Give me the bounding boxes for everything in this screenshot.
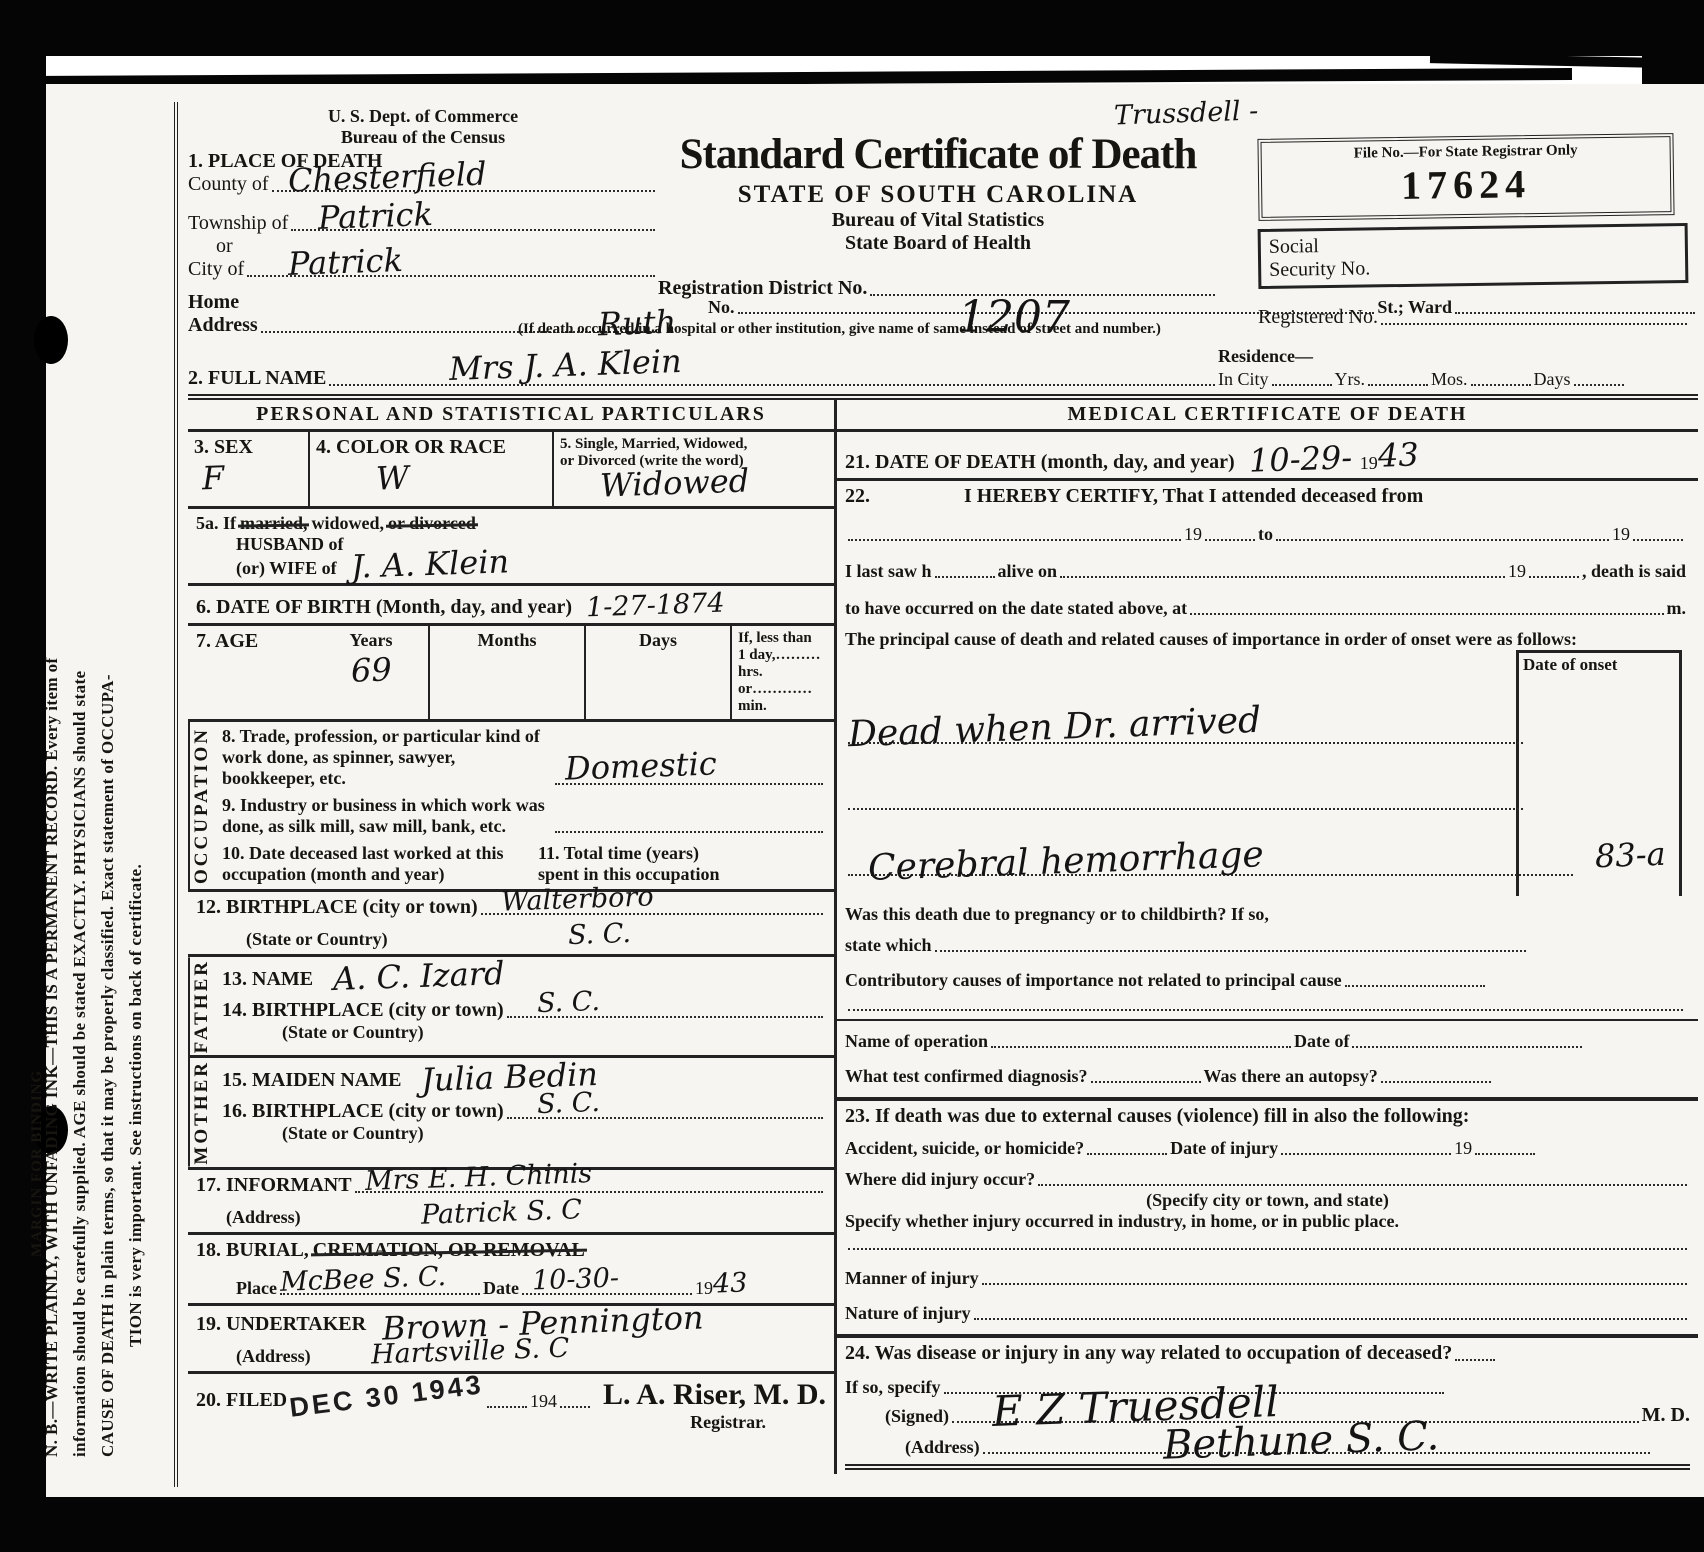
vital-stats-line: Bureau of Vital Statistics [658, 209, 1218, 232]
spouse-widowed-label: widowed, [311, 513, 384, 533]
onset-note-value: 83-a [1595, 835, 1667, 875]
ss-label-2: Security No. [1269, 253, 1677, 282]
burial-date-label: Date [483, 1278, 519, 1299]
township-value: Patrick [317, 195, 433, 237]
birthplace-state-value: S. C. [567, 918, 631, 951]
full-name-value: Mrs J. A. Klein [449, 342, 683, 388]
nineteen-label2: 19 [1612, 524, 1630, 545]
registration-district-label: Registration District No. [658, 277, 867, 300]
margin-note-line4: TION is very important. See instructions… [126, 864, 146, 1347]
mother-bp-label: 16. BIRTHPLACE (city or town) [222, 1100, 504, 1123]
medical-section-title: MEDICAL CERTIFICATE OF DEATH [837, 400, 1698, 432]
or-label: or [216, 235, 658, 258]
birthplace-sub-label: (State or Country) [246, 929, 388, 950]
sex-value: F [201, 459, 225, 498]
township-label: Township of [188, 212, 288, 235]
spouse-if-label: 5a. If [196, 513, 236, 533]
if-so-label: If so, specify [845, 1377, 941, 1398]
spouse-husband-label: HUSBAND of [236, 534, 826, 555]
father-name-label: 13. NAME [222, 968, 313, 991]
personal-section: PERSONAL AND STATISTICAL PARTICULARS 3. … [188, 400, 837, 1474]
days-label: Days [1534, 369, 1571, 390]
signed-label: (Signed) [885, 1406, 949, 1427]
board-line: State Board of Health [658, 232, 1218, 255]
undertaker-address-label: (Address) [236, 1346, 311, 1367]
certificate-page: MARGIN FOR BINDING N. B.—WRITE PLAINLY, … [46, 84, 1704, 1497]
father-bp-label: 14. BIRTHPLACE (city or town) [222, 999, 504, 1022]
color-race-value: W [375, 458, 409, 497]
cause-line2-value: Cerebral hemorrhage [867, 834, 1264, 889]
burial-place-value: McBee S. C. [279, 1261, 446, 1298]
margin-note-line2: information should be carefully supplied… [70, 671, 90, 1458]
death-said-label: , death is said [1582, 561, 1686, 582]
occ11-label: 11. Total time (years) spent in this occ… [538, 843, 738, 885]
spouse-married-label: married, [240, 513, 307, 533]
mother-name-label: 15. MAIDEN NAME [222, 1069, 401, 1092]
manner-label: Manner of injury [845, 1268, 979, 1289]
age-days-label: Days [588, 630, 728, 651]
m-label: m. [1667, 598, 1687, 619]
birthplace-value: Walterboro [500, 881, 654, 917]
mother-bp-sub-label: (State or Country) [282, 1123, 826, 1144]
scan-bottom-band [0, 1497, 1704, 1552]
occurred-label: to have occurred on the date stated abov… [845, 598, 1187, 619]
certify-text: I HEREBY CERTIFY, That I attended deceas… [964, 485, 1423, 507]
date-of-label: Date of [1294, 1031, 1349, 1052]
state-which-label: state which [845, 935, 932, 956]
filed-year-prefix: 194 [530, 1391, 557, 1412]
burial-year-value: 43 [712, 1267, 747, 1299]
informant-value: Mrs E. H. Chinis [364, 1158, 592, 1197]
age-less-line3: or…………min. [738, 681, 828, 715]
autopsy-label: Was there an autopsy? [1204, 1066, 1378, 1087]
father-bp-sub-label: (State or Country) [282, 1022, 826, 1043]
file-no-value: 17624 [1270, 158, 1663, 210]
related-occupation-label: 24. Was disease or injury in any way rel… [845, 1342, 1452, 1365]
occ9-label: 9. Industry or business in which work wa… [222, 795, 552, 837]
margin-note-line1: N. B.—WRITE PLAINLY, WITH UNFADING INK—T… [42, 657, 62, 1457]
full-name-label: 2. FULL NAME [188, 367, 326, 390]
specify-whether-label: Specify whether injury occurred in indus… [845, 1211, 1690, 1232]
certificate-form: U. S. Dept. of Commerce Bureau of the Ce… [174, 102, 1698, 1487]
county-label: County of [188, 173, 269, 196]
to-label: to [1258, 524, 1273, 545]
contributory-label: Contributory causes of importance not re… [845, 970, 1342, 991]
dod-year-value: 43 [1377, 435, 1419, 474]
age-years-label: Years [316, 630, 426, 651]
city-value: Patrick [287, 241, 403, 283]
registrar-label: Registrar. [196, 1412, 766, 1433]
test-label: What test confirmed diagnosis? [845, 1066, 1088, 1087]
informant-address-label: (Address) [226, 1207, 301, 1228]
alive-on-label: alive on [998, 561, 1058, 582]
physician-address-label: (Address) [905, 1437, 980, 1458]
nineteen-label3: 19 [1508, 561, 1526, 582]
dob-label: 6. DATE OF BIRTH (Month, day, and year) [196, 596, 572, 619]
where-injury-label: Where did injury occur? [845, 1169, 1035, 1190]
yrs-label: Yrs. [1335, 369, 1366, 390]
spouse-value: J. A. Klein [350, 542, 509, 585]
spouse-divorced-label: or divorced [388, 513, 476, 533]
residence-label: Residence— [1218, 346, 1313, 366]
date-injury-label: Date of injury [1170, 1138, 1278, 1159]
burial-label: 18. BURIAL, [196, 1239, 309, 1261]
spouse-wife-label: (or) WIFE of [236, 558, 337, 579]
nature-label: Nature of injury [845, 1303, 971, 1324]
bureau-line: Bureau of the Census [188, 127, 658, 148]
informant-address-value: Patrick S. C [420, 1194, 582, 1231]
home-address-label: Home [188, 291, 658, 314]
dod-value: 10-29- [1248, 438, 1352, 480]
age-months-label: Months [432, 630, 582, 651]
marital-label-1: 5. Single, Married, Widowed, [560, 436, 828, 453]
color-race-label: 4. COLOR OR RACE [316, 436, 546, 459]
age-less-line1: If, less than [738, 630, 828, 647]
dod-label: 21. DATE OF DEATH (month, day, and year) [845, 451, 1235, 474]
father-side-label: FATHER [188, 957, 214, 1055]
personal-section-title: PERSONAL AND STATISTICAL PARTICULARS [188, 400, 834, 432]
margin-note-line3: CAUSE OF DEATH in plain terms, so that i… [98, 674, 118, 1457]
dept-line: U. S. Dept. of Commerce [188, 106, 658, 127]
pregnancy-label: Was this death due to pregnancy or to ch… [845, 904, 1686, 925]
mother-side-label: MOTHER [188, 1058, 214, 1167]
marital-value: Widowed [599, 461, 749, 504]
certificate-title: Standard Certificate of Death [658, 132, 1218, 177]
mother-bp-value: S. C. [536, 1087, 600, 1120]
occ8-label: 8. Trade, profession, or particular kind… [222, 726, 552, 789]
age-years-value: 69 [350, 650, 392, 689]
physician-address-value: Bethune S. C. [1162, 1413, 1440, 1469]
father-name-value: A. C. Izard [332, 954, 505, 998]
undertaker-address-value: Hartsville S. C [370, 1332, 569, 1370]
state-line: STATE OF SOUTH CAROLINA [658, 181, 1218, 209]
burial-year-prefix: 19 [695, 1278, 713, 1299]
sex-label: 3. SEX [194, 436, 302, 459]
scan-left-band [0, 0, 46, 1552]
informant-label: 17. INFORMANT [196, 1174, 352, 1197]
last-saw-label: I last saw h [845, 561, 932, 582]
operation-label: Name of operation [845, 1031, 988, 1052]
city-label: City of [188, 258, 244, 281]
undertaker-label: 19. UNDERTAKER [196, 1313, 366, 1336]
external-causes-label: 23. If death was due to external causes … [845, 1105, 1690, 1128]
nineteen-label4: 19 [1454, 1138, 1472, 1159]
age-less-line2: 1 day,………hrs. [738, 647, 828, 681]
scan-top-band [0, 0, 1704, 56]
date-of-onset-label: Date of onset [1523, 655, 1617, 674]
filed-label: 20. FILED [196, 1389, 287, 1412]
punch-hole-icon [34, 316, 68, 364]
occ8-value: Domestic [564, 744, 717, 787]
mos-label: Mos. [1431, 369, 1468, 390]
county-value: Chesterfield [287, 155, 487, 200]
burial-place-label: Place [236, 1278, 277, 1299]
occ10-label: 10. Date deceased last worked at this oc… [222, 843, 522, 885]
medical-section: MEDICAL CERTIFICATE OF DEATH 21. DATE OF… [837, 400, 1698, 1474]
certify-no: 22. [845, 485, 870, 507]
nineteen-label: 19 [1184, 524, 1202, 545]
registrar-name: L. A. Riser, M. D. [603, 1378, 826, 1412]
specify-city-label: (Specify city or town, and state) [845, 1190, 1690, 1211]
dob-value: 1-27-1874 [586, 588, 725, 624]
accident-label: Accident, suicide, or homicide? [845, 1138, 1084, 1159]
burial-date-value: 10-30- [531, 1262, 619, 1296]
md-label: M. D. [1642, 1404, 1690, 1427]
burial-struck-label: CREMATION, OR REMOVAL [313, 1239, 585, 1261]
in-city-label: In City [1218, 369, 1269, 390]
principal-cause-label: The principal cause of death and related… [845, 629, 1686, 650]
hospital-annotation: Ruth [597, 303, 676, 344]
cause-line1-value: Dead when Dr. arrived [847, 700, 1261, 755]
dod-year-prefix: 19 [1360, 453, 1378, 474]
birthplace-label: 12. BIRTHPLACE (city or town) [196, 896, 478, 919]
occupation-side-label: OCCUPATION [188, 722, 214, 889]
father-bp-value: S. C. [536, 986, 600, 1019]
